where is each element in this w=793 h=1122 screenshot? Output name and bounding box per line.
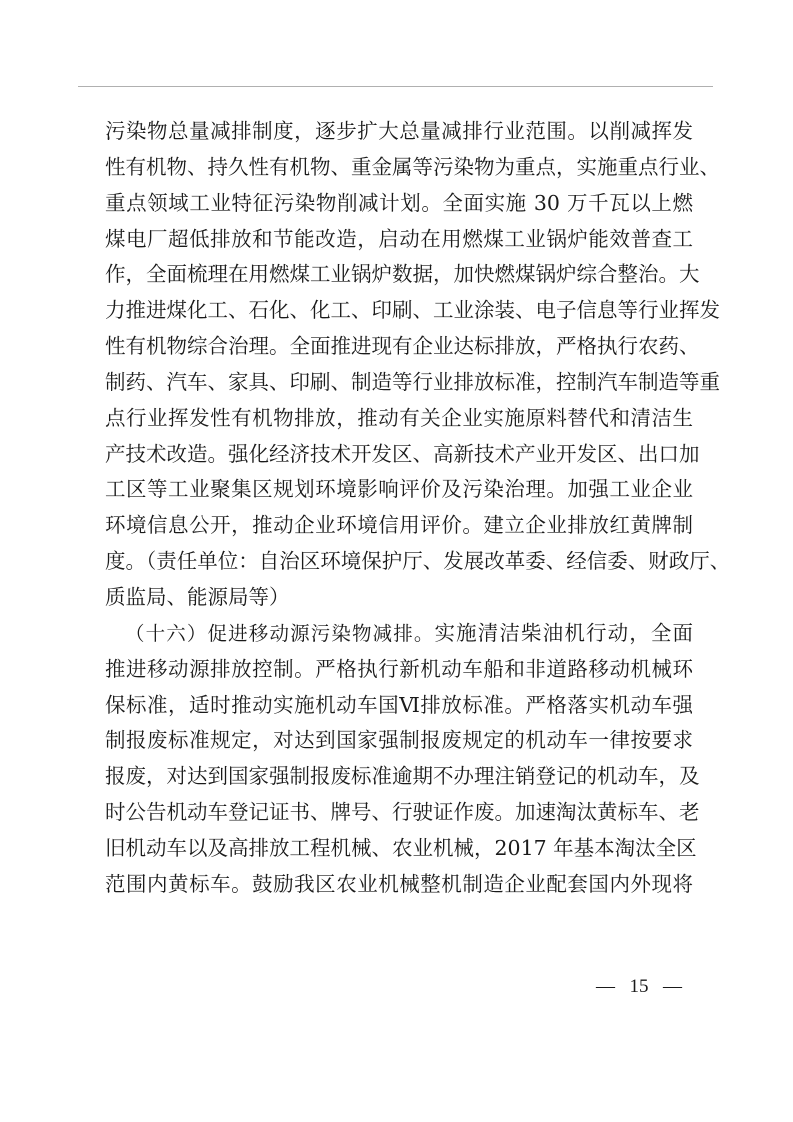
text-line: 作，全面梳理在用燃煤工业锅炉数据，加快燃煤锅炉综合整治。大: [105, 257, 693, 293]
text-line: 质监局、能源局等）: [105, 580, 693, 616]
text-line: 范围内黄标车。鼓励我区农业机械整机制造企业配套国内外现将: [105, 867, 693, 903]
text-line: 产技术改造。强化经济技术开发区、高新技术产业开发区、出口加: [105, 437, 693, 473]
paragraph-industrial-emissions: 污染物总量减排制度，逐步扩大总量减排行业范围。以削减挥发 性有机物、持久性有机物…: [105, 114, 693, 616]
page-number: — 15 —: [596, 976, 682, 998]
text-line: 煤电厂超低排放和节能改造，启动在用燃煤工业锅炉能效普查工: [105, 222, 693, 258]
text-line: 度。（责任单位：自治区环境保护厅、发展改革委、经信委、财政厅、: [105, 544, 693, 580]
text-line: 制药、汽车、家具、印刷、制造等行业排放标准，控制汽车制造等重: [105, 365, 693, 401]
text-line: 旧机动车以及高排放工程机械、农业机械，2017 年基本淘汰全区: [105, 831, 693, 867]
text-line: 环境信息公开，推动企业环境信用评价。建立企业排放红黄牌制: [105, 508, 693, 544]
text-line: 性有机物、持久性有机物、重金属等污染物为重点，实施重点行业、: [105, 150, 693, 186]
section-heading: （十六）促进移动源污染物减排。: [125, 622, 435, 645]
text-line: 重点领域工业特征污染物削减计划。全面实施 30 万千瓦以上燃: [105, 186, 693, 222]
text-line: 推进移动源排放控制。严格执行新机动车船和非道路移动机械环: [105, 652, 693, 688]
text-line: 污染物总量减排制度，逐步扩大总量减排行业范围。以削减挥发: [105, 114, 693, 150]
text-line: 制报废标准规定，对达到国家强制报废规定的机动车一律按要求: [105, 723, 693, 759]
section-first-line: （十六）促进移动源污染物减排。实施清洁柴油机行动，全面: [105, 616, 693, 652]
text-line: 报废，对达到国家强制报废标准逾期不办理注销登记的机动车，及: [105, 759, 693, 795]
text-line: 时公告机动车登记证书、牌号、行驶证作废。加速淘汰黄标车、老: [105, 795, 693, 831]
header-rule: [78, 86, 713, 87]
text-line: 工区等工业聚集区规划环境影响评价及污染治理。加强工业企业: [105, 472, 693, 508]
text-line: 性有机物综合治理。全面推进现有企业达标排放，严格执行农药、: [105, 329, 693, 365]
text-line: 力推进煤化工、石化、化工、印刷、工业涂装、电子信息等行业挥发: [105, 293, 693, 329]
paragraph-mobile-source-emissions: （十六）促进移动源污染物减排。实施清洁柴油机行动，全面 推进移动源排放控制。严格…: [105, 616, 693, 903]
text-line: 点行业挥发性有机物排放，推动有关企业实施原料替代和清洁生: [105, 401, 693, 437]
text-run: 实施清洁柴油机行动，全面: [435, 621, 693, 645]
document-body: 污染物总量减排制度，逐步扩大总量减排行业范围。以削减挥发 性有机物、持久性有机物…: [105, 114, 693, 903]
text-line: 保标准，适时推动实施机动车国Ⅵ排放标准。严格落实机动车强: [105, 688, 693, 724]
